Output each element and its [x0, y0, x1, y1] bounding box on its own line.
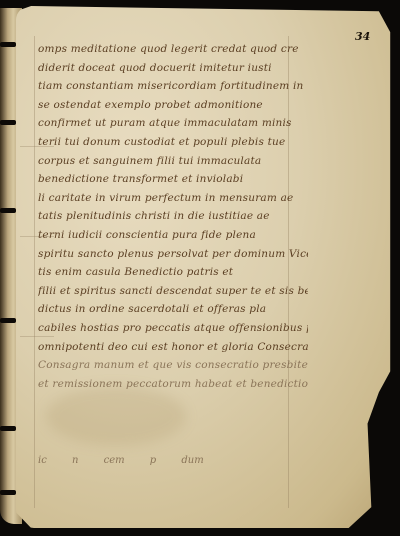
- text-line: terni iudicii conscientia pura fide plen…: [38, 226, 308, 245]
- text-line: benedictione transformet et inviolabi: [38, 170, 308, 189]
- text-line: confirmet ut puram atque immaculatam min…: [38, 114, 308, 133]
- text-line: corpus et sanguinem filii tui immaculata: [38, 152, 308, 171]
- text-line: tis enim casula Benedictio patris et: [38, 263, 308, 282]
- ruling-line: [34, 36, 35, 508]
- binding-stitch: [0, 208, 16, 213]
- text-line: li caritate in virum perfectum in mensur…: [38, 189, 308, 208]
- text-line: spiritu sancto plenus persolvat per domi…: [38, 245, 308, 264]
- text-line: Consagra manum et que vis consecratio pr…: [38, 356, 308, 375]
- parchment-stain: [46, 386, 186, 446]
- faint-bottom-text: ic n cem p dum: [38, 455, 204, 466]
- text-line: omnipotenti deo cui est honor et gloria …: [38, 338, 308, 357]
- text-line: filii et spiritus sancti descendat super…: [38, 282, 308, 301]
- text-line: terii tui donum custodiat et populi pleb…: [38, 133, 308, 152]
- manuscript-text-block: omps meditatione quod legerit credat quo…: [38, 40, 308, 393]
- text-line: dictus in ordine sacerdotali et offeras …: [38, 300, 308, 319]
- binding-stitch: [0, 120, 16, 125]
- text-line: diderit doceat quod docuerit imitetur iu…: [38, 59, 308, 78]
- binding-stitch: [0, 42, 16, 47]
- text-line: cabiles hostias pro peccatis atque offen…: [38, 319, 308, 338]
- binding-stitch: [0, 318, 16, 323]
- text-line: se ostendat exemplo probet admonitione: [38, 96, 308, 115]
- text-line: tatis plenitudinis christi in die iustit…: [38, 207, 308, 226]
- binding-stitch: [0, 426, 16, 431]
- text-line: et remissionem peccatorum habeat et bene…: [38, 375, 308, 394]
- binding-stitch: [0, 490, 16, 495]
- text-line: tiam constantiam misericordiam fortitudi…: [38, 77, 308, 96]
- folio-number: 34: [355, 30, 370, 43]
- text-line: omps meditatione quod legerit credat quo…: [38, 40, 308, 59]
